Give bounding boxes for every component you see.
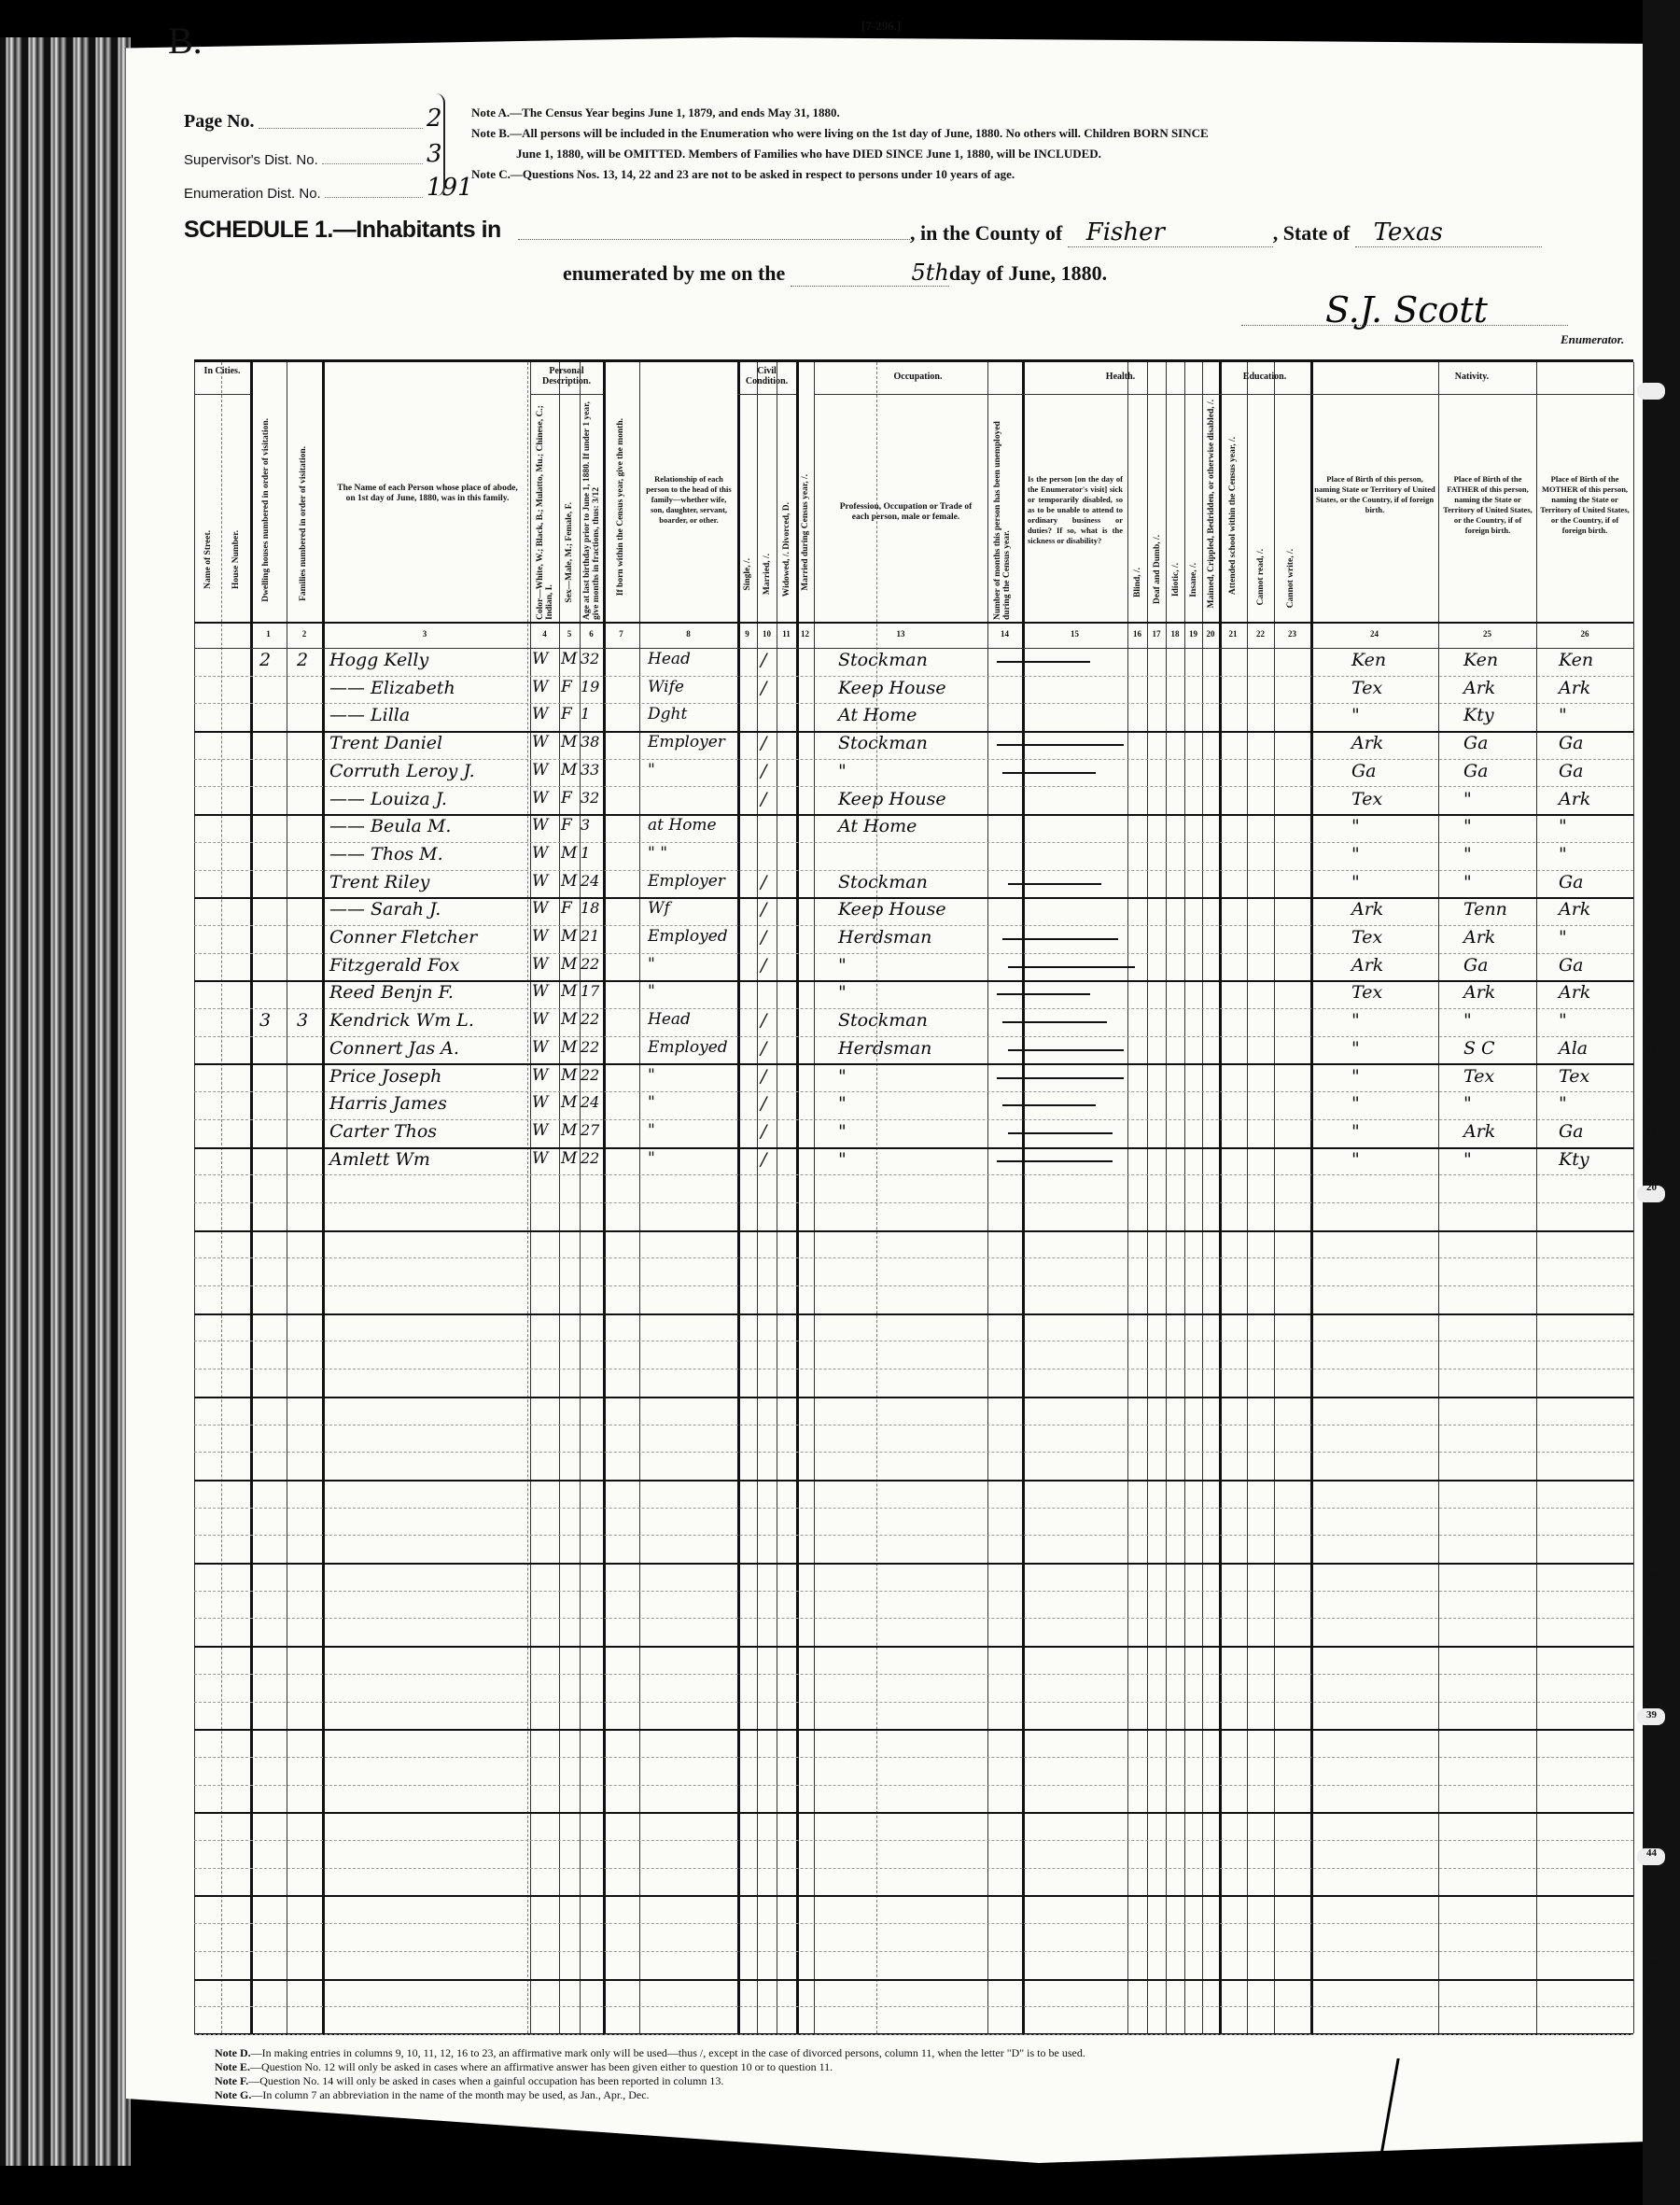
header-family: Families numbered in order of visitation… [299, 446, 308, 601]
no-sickness-dash [1008, 1049, 1124, 1051]
table-row: 29 [194, 1425, 1633, 1454]
table-row: 40 [194, 1729, 1633, 1758]
birthplace-cell: Ark [1351, 955, 1383, 976]
color-cell: W [532, 733, 548, 751]
header-insane: Insane, /. [1189, 563, 1198, 597]
table-row: 20 [194, 1174, 1633, 1203]
birthplace-cell: Ark [1351, 899, 1383, 920]
sex-cell: F [561, 705, 572, 723]
color-cell: W [532, 761, 548, 779]
birthplace-cell: " [1351, 1149, 1360, 1170]
mother-birthplace-cell: Ark [1559, 678, 1590, 698]
age-cell: 21 [581, 927, 599, 945]
line-number: 14 [1646, 1016, 1657, 1027]
no-sickness-dash [1008, 1132, 1113, 1134]
group-occupation: Occupation. [814, 372, 1022, 382]
line-number: 27 [1646, 1376, 1657, 1387]
table-row: 12Fitzgerald FoxWM22"/"ArkGaGa [194, 953, 1633, 983]
occupation-cell: " [838, 1066, 847, 1087]
married-mark-cell: / [761, 1066, 766, 1087]
table-row: 38 [194, 1674, 1633, 1703]
line-number: 26 [1646, 1349, 1657, 1360]
note-d: Note D.—In making entries in columns 9, … [215, 2046, 1085, 2060]
header-color: Color—White, W.; Black, B.; Mulatto, Mu.… [536, 400, 556, 620]
sex-cell: F [561, 899, 572, 918]
supervisor-district-label: Supervisor's Dist. No. [184, 152, 318, 168]
mother-birthplace-cell: Ga [1559, 872, 1584, 892]
father-birthplace-cell: " [1463, 1010, 1472, 1031]
state-value: Texas [1355, 218, 1542, 247]
sex-cell: M [561, 761, 577, 779]
table-row: 9Trent RileyWM24Employer/Stockman""Ga [194, 870, 1633, 900]
sex-cell: M [561, 955, 577, 974]
inhabitants-in-field: , in the County of Fisher, State of Texa… [518, 218, 1542, 247]
table-row: 18Carter ThosWM27"/""ArkGa [194, 1119, 1633, 1149]
married-mark-cell: / [761, 1093, 766, 1114]
no-sickness-dash [1002, 1104, 1096, 1106]
line-number: 7 [1646, 822, 1652, 833]
table-row: 42 [194, 1785, 1633, 1815]
married-mark-cell: / [761, 678, 766, 698]
birthplace-cell: " [1351, 844, 1360, 864]
table-row: 4Trent DanielWM38Employer/StockmanArkGaG… [194, 731, 1633, 760]
no-sickness-dash [997, 661, 1090, 663]
birthplace-cell: Ken [1351, 650, 1386, 670]
line-number: 38 [1646, 1681, 1657, 1692]
form-number: [7-296.] [861, 19, 901, 34]
mother-birthplace-cell: Ga [1559, 733, 1584, 753]
father-birthplace-cell: " [1463, 816, 1472, 836]
header-sex: Sex—Male, M.; Female, F. [565, 502, 574, 603]
line-number: 3 [1646, 710, 1652, 722]
relationship-cell: Employer [648, 872, 725, 891]
father-birthplace-cell: Tex [1463, 1066, 1494, 1087]
note-e: Note E.—Question No. 12 will only be ask… [215, 2060, 1085, 2074]
line-number: 22 [1646, 1238, 1657, 1249]
father-birthplace-cell: Ark [1463, 1121, 1495, 1142]
group-nativity: Nativity. [1310, 372, 1633, 382]
father-birthplace-cell: Tenn [1463, 899, 1507, 920]
table-row: 31 [194, 1480, 1633, 1509]
sex-cell: M [561, 982, 577, 1001]
relationship-cell: " [648, 1066, 655, 1085]
person-name-cell: —— Sarah J. [329, 899, 441, 920]
married-mark-cell: / [761, 1038, 766, 1059]
header-cannot-read: Cannot read, /. [1256, 549, 1266, 606]
color-cell: W [532, 1121, 548, 1140]
birthplace-cell: Tex [1351, 982, 1382, 1003]
person-name-cell: Connert Jas A. [329, 1038, 459, 1059]
mother-birthplace-cell: " [1559, 816, 1567, 836]
father-birthplace-cell: Ga [1463, 733, 1489, 753]
line-number: 20 [1646, 1182, 1657, 1193]
occupation-cell: At Home [838, 816, 917, 836]
person-name-cell: —— Elizabeth [329, 678, 455, 698]
signature-line [1241, 325, 1568, 326]
no-sickness-dash [1008, 883, 1101, 885]
age-cell: 1 [581, 844, 590, 862]
person-name-cell: Fitzgerald Fox [329, 955, 459, 976]
header-house: House Number. [231, 530, 241, 589]
header-cannot-write: Cannot write, /. [1286, 549, 1295, 608]
mother-birthplace-cell: Tex [1559, 1066, 1589, 1087]
color-cell: W [532, 705, 548, 723]
header-unemployed: Number of months this person has been un… [993, 400, 1015, 620]
line-number: 11 [1646, 933, 1656, 944]
occupation-cell: " [838, 982, 847, 1003]
county-value: Fisher [1068, 218, 1273, 247]
bracket [436, 93, 445, 196]
person-name-cell: Corruth Leroy J. [329, 761, 475, 781]
page-number-label: Page No. [184, 111, 255, 133]
line-number: 16 [1646, 1072, 1657, 1083]
age-cell: 19 [581, 678, 599, 695]
table-row: 22 [194, 1230, 1633, 1259]
table-row: 41 [194, 1757, 1633, 1786]
birthplace-cell: " [1351, 1066, 1360, 1087]
married-mark-cell: / [761, 789, 766, 809]
sex-cell: M [561, 1093, 577, 1112]
occupation-cell: Keep House [838, 678, 946, 698]
mother-birthplace-cell: " [1559, 927, 1567, 948]
line-number: 15 [1646, 1044, 1657, 1055]
table-row: 47 [194, 1923, 1633, 1952]
father-birthplace-cell: " [1463, 1149, 1472, 1170]
age-cell: 33 [581, 761, 599, 779]
sex-cell: F [561, 678, 572, 696]
line-number: 36 [1646, 1626, 1657, 1637]
person-name-cell: Harris James [329, 1093, 447, 1114]
married-mark-cell: / [761, 955, 766, 976]
table-row: 25 [194, 1313, 1633, 1342]
header-maimed: Maimed, Crippled, Bedridden, or otherwis… [1207, 400, 1216, 608]
table-row: 13Reed Benjn F.WM17""TexArkArk [194, 980, 1633, 1009]
table-row: 19Amlett WmWM22"/"""Kty [194, 1147, 1633, 1176]
table-row: 26 [194, 1341, 1633, 1370]
sex-cell: M [561, 1010, 577, 1029]
table-row: 37 [194, 1646, 1633, 1675]
mother-birthplace-cell: Ark [1559, 789, 1590, 809]
birthplace-cell: " [1351, 1121, 1360, 1142]
header-single: Single, /. [743, 558, 752, 591]
mother-birthplace-cell: " [1559, 705, 1567, 725]
relationship-cell: Employed [648, 927, 728, 946]
person-name-cell: Trent Riley [329, 872, 429, 892]
enumeration-district-field: Enumeration Dist. No. 191 [184, 174, 464, 202]
father-birthplace-cell: " [1463, 844, 1472, 864]
sex-cell: M [561, 844, 577, 863]
color-cell: W [532, 1149, 548, 1168]
header-sickness: Is the person [on the day of the Enumera… [1028, 474, 1123, 546]
married-mark-cell: / [761, 872, 766, 892]
form-letter: B. [168, 19, 203, 63]
age-cell: 38 [581, 733, 599, 751]
table-row: 122Hogg KellyWM32Head/StockmanKenKenKen [194, 648, 1633, 677]
birthplace-cell: Tex [1351, 789, 1382, 809]
table-row: 24 [194, 1285, 1633, 1315]
color-cell: W [532, 650, 548, 668]
married-mark-cell: / [761, 650, 766, 670]
day-value: 5th [791, 260, 949, 287]
no-sickness-dash [997, 1160, 1113, 1162]
header-birth-month: If born within the Census year, give the… [616, 418, 625, 596]
occupation-cell: Herdsman [838, 927, 931, 948]
note-b-cont: June 1, 1880, will be OMITTED. Members o… [471, 144, 1209, 164]
table-row: 49 [194, 1979, 1633, 2008]
person-name-cell: Kendrick Wm L. [329, 1010, 474, 1031]
sex-cell: M [561, 1121, 577, 1140]
table-row: 2—— ElizabethWF19Wife/Keep HouseTexArkAr… [194, 676, 1633, 705]
table-row: 8—— Thos M.WM1" """" [194, 842, 1633, 871]
person-name-cell: Trent Daniel [329, 733, 442, 753]
father-birthplace-cell: Ga [1463, 761, 1489, 781]
mother-birthplace-cell: Ga [1559, 761, 1584, 781]
married-mark-cell: / [761, 1121, 766, 1142]
table-row: 21 [194, 1202, 1633, 1232]
table-row: 11Conner FletcherWM21Employed/HerdsmanTe… [194, 925, 1633, 954]
header-blind: Blind, /. [1133, 568, 1142, 597]
line-number: 9 [1646, 878, 1652, 889]
father-birthplace-cell: Ken [1463, 650, 1498, 670]
father-birthplace-cell: Ark [1463, 927, 1495, 948]
note-f: Note F.—Question No. 14 will only be ask… [215, 2074, 1085, 2088]
table-row: 34 [194, 1563, 1633, 1592]
line-number: 47 [1646, 1931, 1657, 1942]
married-mark-cell: / [761, 1010, 766, 1031]
binding-stitch [1637, 383, 1665, 400]
header-age: Age at last birthday prior to June 1, 18… [582, 400, 603, 620]
no-sickness-dash [997, 993, 1090, 995]
header-widowed: Widowed, /. Divorced, D. [782, 502, 791, 597]
mother-birthplace-cell: Ken [1559, 650, 1593, 670]
father-birthplace-cell: Ark [1463, 982, 1495, 1003]
age-cell: 3 [581, 816, 590, 834]
table-row: 27 [194, 1369, 1633, 1398]
no-sickness-dash [1002, 1021, 1107, 1023]
bottom-notes: Note D.—In making entries in columns 9, … [215, 2046, 1085, 2102]
person-name-cell: Conner Fletcher [329, 927, 477, 948]
line-number: 23 [1646, 1265, 1657, 1276]
line-number: 44 [1646, 1847, 1657, 1859]
group-in-cities: In Cities. [194, 366, 250, 376]
sex-cell: F [561, 816, 572, 835]
age-cell: 22 [581, 955, 599, 973]
birthplace-cell: " [1351, 705, 1360, 725]
no-sickness-dash [1002, 938, 1118, 940]
header-married: Married, /. [763, 554, 772, 595]
line-number: 18 [1646, 1127, 1657, 1138]
line-number: 4 [1646, 738, 1652, 750]
birthplace-cell: " [1351, 1093, 1360, 1114]
sex-cell: M [561, 927, 577, 946]
father-birthplace-cell: Ark [1463, 678, 1495, 698]
birthplace-cell: " [1351, 1010, 1360, 1031]
table-row: 30 [194, 1452, 1633, 1482]
dwelling-number-cell: 2 [259, 650, 271, 670]
line-number: 33 [1646, 1542, 1657, 1553]
no-sickness-dash [1008, 966, 1135, 968]
table-row: 7—— Beula M.WF3at HomeAt Home""" [194, 814, 1633, 843]
header-street: Name of Street. [203, 530, 213, 589]
occupation-cell: Stockman [838, 733, 928, 753]
occupation-cell: Stockman [838, 1010, 928, 1031]
mother-birthplace-cell: Ga [1559, 1121, 1584, 1142]
relationship-cell: " [648, 1093, 655, 1112]
age-cell: 32 [581, 789, 599, 807]
table-row: 15Connert Jas A.WM22Employed/Herdsman"S … [194, 1036, 1633, 1066]
family-number-cell: 3 [297, 1010, 308, 1031]
person-name-cell: —— Lilla [329, 705, 410, 725]
line-number: 31 [1646, 1487, 1657, 1498]
person-name-cell: Amlett Wm [329, 1149, 430, 1170]
color-cell: W [532, 955, 548, 974]
person-name-cell: Reed Benjn F. [329, 982, 454, 1003]
birthplace-cell: Tex [1351, 678, 1382, 698]
no-sickness-dash [997, 1077, 1124, 1079]
line-number: 34 [1646, 1570, 1657, 1581]
sex-cell: M [561, 1149, 577, 1168]
color-cell: W [532, 982, 548, 1001]
occupation-cell: Stockman [838, 872, 928, 892]
table-row: 33 [194, 1535, 1633, 1565]
table-row: 43 [194, 1812, 1633, 1841]
line-number: 13 [1646, 988, 1657, 999]
supervisor-district-field: Supervisor's Dist. No. 3 [184, 140, 464, 168]
age-cell: 17 [581, 982, 599, 1000]
table-row: 1433Kendrick Wm L.WM22Head/Stockman""" [194, 1008, 1633, 1037]
age-cell: 32 [581, 650, 599, 667]
relationship-cell: Head [648, 1010, 691, 1029]
line-number: 5 [1646, 766, 1652, 778]
header-mother-birthplace: Place of Birth of the MOTHER of this per… [1539, 474, 1631, 536]
occupation-cell: " [838, 761, 847, 781]
line-number: 32 [1646, 1515, 1657, 1526]
enumeration-district-label: Enumeration Dist. No. [184, 186, 321, 202]
line-number: 17 [1646, 1099, 1657, 1110]
birthplace-cell: " [1351, 872, 1360, 892]
birthplace-cell: Ark [1351, 733, 1383, 753]
enumeration-district-value: 191 [427, 174, 464, 202]
mother-birthplace-cell: Ark [1559, 899, 1590, 920]
table-row: 35 [194, 1591, 1633, 1620]
table-row: 32 [194, 1508, 1633, 1537]
no-sickness-dash [1002, 772, 1096, 774]
table-row: 17Harris JamesWM24"/"""" [194, 1091, 1633, 1120]
age-cell: 22 [581, 1038, 599, 1056]
color-cell: W [532, 789, 548, 808]
line-number: 43 [1646, 1819, 1657, 1831]
column-number-row: 1 2 3 4 5 6 7 8 9 10 11 12 13 14 15 16 1… [194, 622, 1633, 649]
birthplace-cell: Ga [1351, 761, 1377, 781]
sex-cell: M [561, 1038, 577, 1057]
census-table: In Cities. Personal Description. Civil C… [194, 359, 1633, 2035]
table-row: 50 [194, 2006, 1633, 2035]
line-number: 1 [1646, 655, 1652, 667]
father-birthplace-cell: " [1463, 872, 1472, 892]
person-name-cell: Hogg Kelly [329, 650, 428, 670]
age-cell: 24 [581, 1093, 599, 1111]
line-number: 42 [1646, 1792, 1657, 1804]
relationship-cell: " " [648, 844, 667, 863]
relationship-cell: Wife [648, 678, 684, 696]
birthplace-cell: " [1351, 1038, 1360, 1059]
header-occupation: Profession, Occupation or Trade of each … [838, 502, 973, 523]
relationship-cell: Employed [648, 1038, 728, 1057]
age-cell: 22 [581, 1010, 599, 1028]
birthplace-cell: Tex [1351, 927, 1382, 948]
note-a: Note A.—The Census Year begins June 1, 1… [471, 103, 1209, 123]
line-number: 30 [1646, 1459, 1657, 1470]
line-number: 49 [1646, 1987, 1657, 1998]
table-row: 23 [194, 1257, 1633, 1286]
group-personal: Personal Description. [530, 366, 603, 386]
schedule-title: SCHEDULE 1.—Inhabitants in [184, 217, 501, 244]
line-number: 39 [1646, 1709, 1657, 1720]
line-number: 24 [1646, 1293, 1657, 1304]
table-row: 44 [194, 1840, 1633, 1869]
color-cell: W [532, 1066, 548, 1085]
occupation-cell: " [838, 1149, 847, 1170]
page-number-value: 2 [427, 105, 464, 133]
father-birthplace-cell: S C [1463, 1038, 1495, 1059]
sex-cell: M [561, 872, 577, 891]
color-cell: W [532, 1038, 548, 1057]
line-number: 50 [1646, 2014, 1657, 2025]
line-number: 2 [1646, 683, 1652, 695]
married-mark-cell: / [761, 927, 766, 948]
header-birthplace: Place of Birth of this person, naming St… [1314, 474, 1435, 515]
line-number: 19 [1646, 1155, 1657, 1166]
relationship-cell: Head [648, 650, 691, 668]
family-number-cell: 2 [297, 650, 308, 670]
occupation-cell: Keep House [838, 789, 946, 809]
occupation-cell: " [838, 1121, 847, 1142]
header-relationship: Relationship of each person to the head … [644, 474, 734, 526]
occupation-cell: Keep House [838, 899, 946, 920]
table-row: 5Corruth Leroy J.WM33"/"GaGaGa [194, 759, 1633, 788]
mother-birthplace-cell: Ga [1559, 955, 1584, 976]
group-education: Education. [1219, 372, 1310, 382]
age-cell: 22 [581, 1149, 599, 1167]
color-cell: W [532, 816, 548, 835]
relationship-cell: Dght [648, 705, 687, 723]
occupation-cell: At Home [838, 705, 917, 725]
mother-birthplace-cell: Ala [1559, 1038, 1588, 1059]
sex-cell: M [561, 1066, 577, 1085]
header-deaf: Deaf and Dumb, /. [1153, 535, 1162, 604]
group-health: Health. [1022, 372, 1219, 382]
relationship-cell: " [648, 761, 655, 779]
line-number: 12 [1646, 961, 1657, 972]
line-number: 40 [1646, 1736, 1657, 1748]
header-father-birthplace: Place of Birth of the FATHER of this per… [1443, 474, 1533, 536]
age-cell: 27 [581, 1121, 599, 1139]
note-c: Note C.—Questions Nos. 13, 14, 22 and 23… [471, 164, 1209, 185]
table-row: 45 [194, 1868, 1633, 1898]
person-name-cell: —— Thos M. [329, 844, 443, 864]
table-row: 6—— Louiza J.WF32/Keep HouseTex"Ark [194, 787, 1633, 817]
color-cell: W [532, 1093, 548, 1112]
line-number: 10 [1646, 905, 1657, 916]
line-number: 25 [1646, 1321, 1657, 1332]
sex-cell: M [561, 733, 577, 751]
relationship-cell: " [648, 982, 655, 1001]
father-birthplace-cell: Kty [1463, 705, 1494, 725]
header-dwelling: Dwelling houses numbered in order of vis… [261, 418, 271, 602]
line-number: 37 [1646, 1653, 1657, 1664]
header-married-census-year: Married during Census year, /. [801, 474, 810, 591]
relationship-cell: " [648, 1121, 655, 1140]
